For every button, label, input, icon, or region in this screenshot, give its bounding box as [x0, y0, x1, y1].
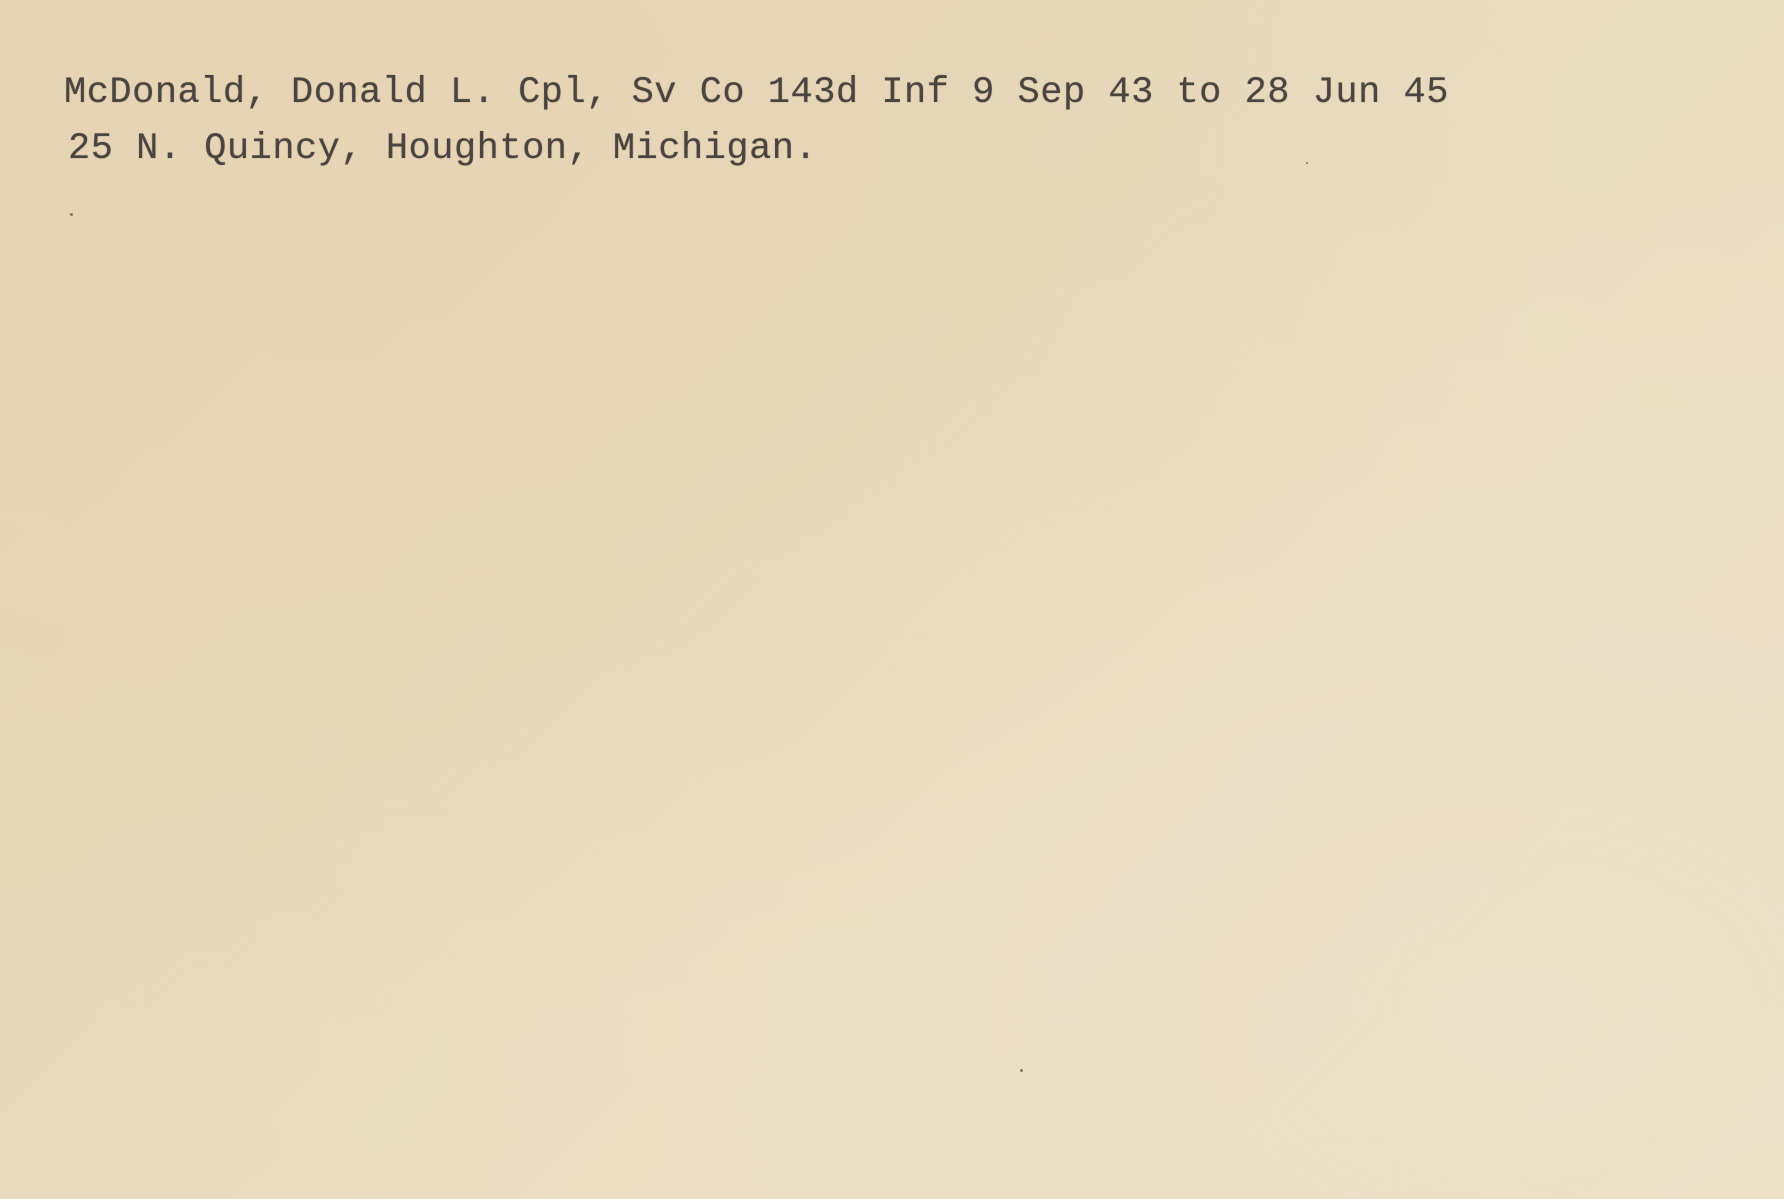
paper-speck: [1306, 162, 1308, 164]
name-service-line: McDonald, Donald L. Cpl, Sv Co 143d Inf …: [64, 72, 1449, 114]
address-line: 25 N. Quincy, Houghton, Michigan.: [68, 128, 817, 170]
paper-speck: [70, 213, 73, 216]
paper-speck: [1020, 1069, 1023, 1072]
index-card: McDonald, Donald L. Cpl, Sv Co 143d Inf …: [0, 0, 1784, 1199]
